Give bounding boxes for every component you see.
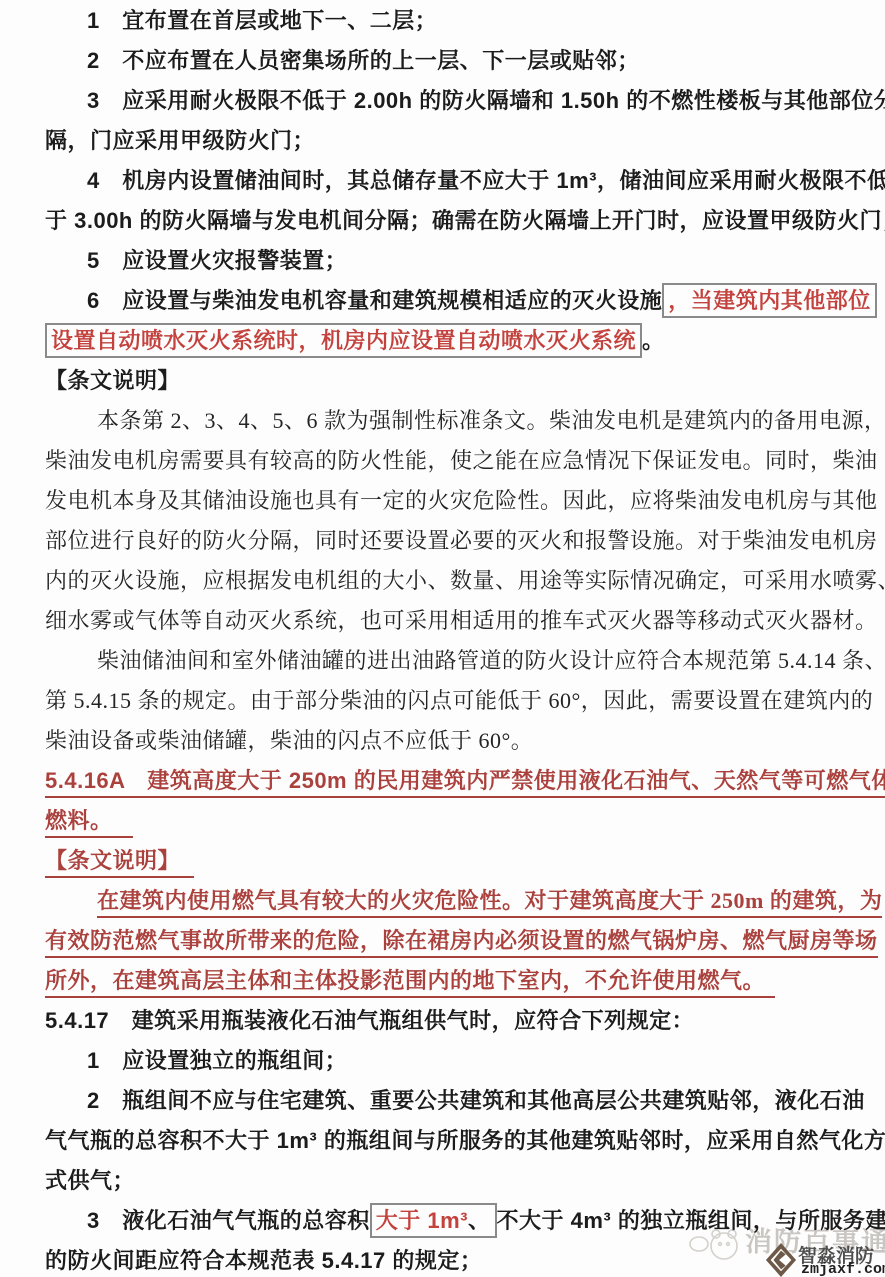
red-explanation-line-3: 所外，在建筑高层主体和主体投影范围内的地下室内，不允许使用燃气。 <box>45 961 871 1001</box>
text-segment: 隔，门应采用甲级防火门； <box>45 128 315 153</box>
highlight-box: 设置自动喷水灭火系统时，机房内应设置自动喷水灭火系统 <box>45 323 642 358</box>
clause-item-4: 4 机房内设置储油间时，其总储存量不应大于 1m³，储油间应采用耐火极限不低 <box>45 161 871 201</box>
clause-5-4-17-item-3: 3 液化石油气气瓶的总容积大于 1m³、不大于 4m³ 的独立瓶组间，与所服务建… <box>45 1201 871 1241</box>
text-segment: 1 宜布置在首层或地下一、二层； <box>87 8 437 33</box>
clause-5-4-17-item-1: 1 应设置独立的瓶组间； <box>45 1041 871 1081</box>
text-segment: 。 <box>642 328 665 353</box>
clause-item-1: 1 宜布置在首层或地下一、二层； <box>45 1 871 41</box>
explanation-para-1-line-5: 内的灭火设施，应根据发电机组的大小、数量、用途等实际情况确定，可采用水喷雾、 <box>45 561 871 601</box>
text-segment: 【条文说明】 <box>45 368 180 393</box>
text-segment: 部位进行良好的防火分隔，同时还要设置必要的灭火和报警设施。对于柴油发电机房 <box>45 528 878 553</box>
text-segment: 所外，在建筑高层主体和主体投影范围内的地下室内，不允许使用燃气。 <box>45 968 775 998</box>
explanation-para-1-line-1: 本条第 2、3、4、5、6 款为强制性标准条文。柴油发电机是建筑内的备用电源， <box>45 401 871 441</box>
text-segment: 4 机房内设置储油间时，其总储存量不应大于 1m³，储油间应采用耐火极限不低 <box>87 168 885 193</box>
explanation-heading-red: 【条文说明】 <box>45 841 871 881</box>
text-segment: 2 瓶组间不应与住宅建筑、重要公共建筑和其他高层公共建筑贴邻，液化石油 <box>87 1088 865 1113</box>
text-segment: 柴油储油间和室外储油罐的进出油路管道的防火设计应符合本规范第 5.4.14 条、 <box>97 648 885 673</box>
text-segment: 大于 1m³ <box>376 1208 468 1233</box>
text-segment: 5.4.17 建筑采用瓶装液化石油气瓶组供气时，应符合下列规定： <box>45 1008 694 1033</box>
red-explanation-line-2: 有效防范燃气事故所带来的危险，除在裙房内必须设置的燃气锅炉房、燃气厨房等场 <box>45 921 871 961</box>
text-segment: 3 液化石油气气瓶的总容积 <box>87 1208 370 1233</box>
clause-item-6: 6 应设置与柴油发电机容量和建筑规模相适应的灭火设施，当建筑内其他部位 <box>45 281 871 321</box>
clause-item-4-cont: 于 3.00h 的防火隔墙与发电机间分隔；确需在防火隔墙上开门时，应设置甲级防火… <box>45 201 871 241</box>
text-segment: 不大于 4m³ 的独立瓶组间，与所服务建筑 <box>497 1208 885 1233</box>
text-segment: 发电机本身及其储油设施也具有一定的火灾危险性。因此，应将柴油发电机房与其他 <box>45 488 878 513</box>
clause-5-4-17-item-3-cont: 的防火间距应符合本规范表 5.4.17 的规定； <box>45 1241 871 1277</box>
text-segment: ，当建筑内其他部位 <box>668 288 871 313</box>
text-segment: 柴油设备或柴油储罐，柴油的闪点不应低于 60°。 <box>45 728 533 753</box>
explanation-para-2-line-3: 柴油设备或柴油储罐，柴油的闪点不应低于 60°。 <box>45 721 871 761</box>
explanation-para-1-line-2: 柴油发电机房需要具有较高的防火性能，使之能在应急情况下保证发电。同时，柴油 <box>45 441 871 481</box>
text-segment: 燃料。 <box>45 808 133 838</box>
text-segment: 、 <box>468 1208 491 1233</box>
text-segment: 3 应采用耐火极限不低于 2.00h 的防火隔墙和 1.50h 的不燃性楼板与其… <box>87 88 885 113</box>
clause-item-6-cont: 设置自动喷水灭火系统时，机房内应设置自动喷水灭火系统。 <box>45 321 871 361</box>
clause-item-3-cont: 隔，门应采用甲级防火门； <box>45 121 871 161</box>
clause-5-4-17-item-2: 2 瓶组间不应与住宅建筑、重要公共建筑和其他高层公共建筑贴邻，液化石油 <box>45 1081 871 1121</box>
explanation-para-2-line-1: 柴油储油间和室外储油罐的进出油路管道的防火设计应符合本规范第 5.4.14 条、 <box>45 641 871 681</box>
explanation-heading: 【条文说明】 <box>45 361 871 401</box>
text-segment: 内的灭火设施，应根据发电机组的大小、数量、用途等实际情况确定，可采用水喷雾、 <box>45 568 885 593</box>
highlight-box: 大于 1m³、 <box>370 1203 497 1238</box>
clause-5-4-16A: 5.4.16A 建筑高度大于 250m 的民用建筑内严禁使用液化石油气、天然气等… <box>45 761 871 801</box>
document-page: 1 宜布置在首层或地下一、二层；2 不应布置在人员密集场所的上一层、下一层或贴邻… <box>0 0 885 1277</box>
text-segment: 5 应设置火灾报警装置； <box>87 248 347 273</box>
clause-5-4-16A-cont: 燃料。 <box>45 801 871 841</box>
clause-5-4-17-item-2-cont-2: 式供气； <box>45 1161 871 1201</box>
clause-5-4-17: 5.4.17 建筑采用瓶装液化石油气瓶组供气时，应符合下列规定： <box>45 1001 871 1041</box>
document-body: 1 宜布置在首层或地下一、二层；2 不应布置在人员密集场所的上一层、下一层或贴邻… <box>0 0 885 1277</box>
explanation-para-1-line-6: 细水雾或气体等自动灭火系统，也可采用相适用的推车式灭火器等移动式灭火器材。 <box>45 601 871 641</box>
text-segment: 于 3.00h 的防火隔墙与发电机间分隔；确需在防火隔墙上开门时，应设置甲级防火… <box>45 208 885 233</box>
red-explanation-line-1: 在建筑内使用燃气具有较大的火灾危险性。对于建筑高度大于 250m 的建筑，为 <box>45 881 871 921</box>
clause-item-2: 2 不应布置在人员密集场所的上一层、下一层或贴邻； <box>45 41 871 81</box>
clause-item-5: 5 应设置火灾报警装置； <box>45 241 871 281</box>
text-segment: 本条第 2、3、4、5、6 款为强制性标准条文。柴油发电机是建筑内的备用电源， <box>97 408 885 433</box>
text-segment: 式供气； <box>45 1168 135 1193</box>
text-segment: 有效防范燃气事故所带来的危险，除在裙房内必须设置的燃气锅炉房、燃气厨房等场 <box>45 928 878 958</box>
text-segment: 柴油发电机房需要具有较高的防火性能，使之能在应急情况下保证发电。同时，柴油 <box>45 448 878 473</box>
text-segment: 的防火间距应符合本规范表 5.4.17 的规定； <box>45 1248 482 1273</box>
text-segment: 5.4.16A 建筑高度大于 250m 的民用建筑内严禁使用液化石油气、天然气等… <box>45 768 885 798</box>
text-segment: 在建筑内使用燃气具有较大的火灾危险性。对于建筑高度大于 250m 的建筑，为 <box>97 888 882 918</box>
text-segment: 细水雾或气体等自动灭火系统，也可采用相适用的推车式灭火器等移动式灭火器材。 <box>45 608 878 633</box>
explanation-para-1-line-3: 发电机本身及其储油设施也具有一定的火灾危险性。因此，应将柴油发电机房与其他 <box>45 481 871 521</box>
text-segment: 2 不应布置在人员密集场所的上一层、下一层或贴邻； <box>87 48 640 73</box>
text-segment: 【条文说明】 <box>45 848 194 878</box>
explanation-para-1-line-4: 部位进行良好的防火分隔，同时还要设置必要的灭火和报警设施。对于柴油发电机房 <box>45 521 871 561</box>
highlight-box: ，当建筑内其他部位 <box>662 283 877 318</box>
clause-item-3: 3 应采用耐火极限不低于 2.00h 的防火隔墙和 1.50h 的不燃性楼板与其… <box>45 81 871 121</box>
text-segment: 第 5.4.15 条的规定。由于部分柴油的闪点可能低于 60°，因此，需要设置在… <box>45 688 873 713</box>
clause-5-4-17-item-2-cont-1: 气气瓶的总容积不大于 1m³ 的瓶组间与所服务的其他建筑贴邻时，应采用自然气化方 <box>45 1121 871 1161</box>
text-segment: 6 应设置与柴油发电机容量和建筑规模相适应的灭火设施 <box>87 288 662 313</box>
text-segment: 设置自动喷水灭火系统时，机房内应设置自动喷水灭火系统 <box>51 328 636 353</box>
text-segment: 气气瓶的总容积不大于 1m³ 的瓶组间与所服务的其他建筑贴邻时，应采用自然气化方 <box>45 1128 885 1153</box>
explanation-para-2-line-2: 第 5.4.15 条的规定。由于部分柴油的闪点可能低于 60°，因此，需要设置在… <box>45 681 871 721</box>
text-segment: 1 应设置独立的瓶组间； <box>87 1048 347 1073</box>
